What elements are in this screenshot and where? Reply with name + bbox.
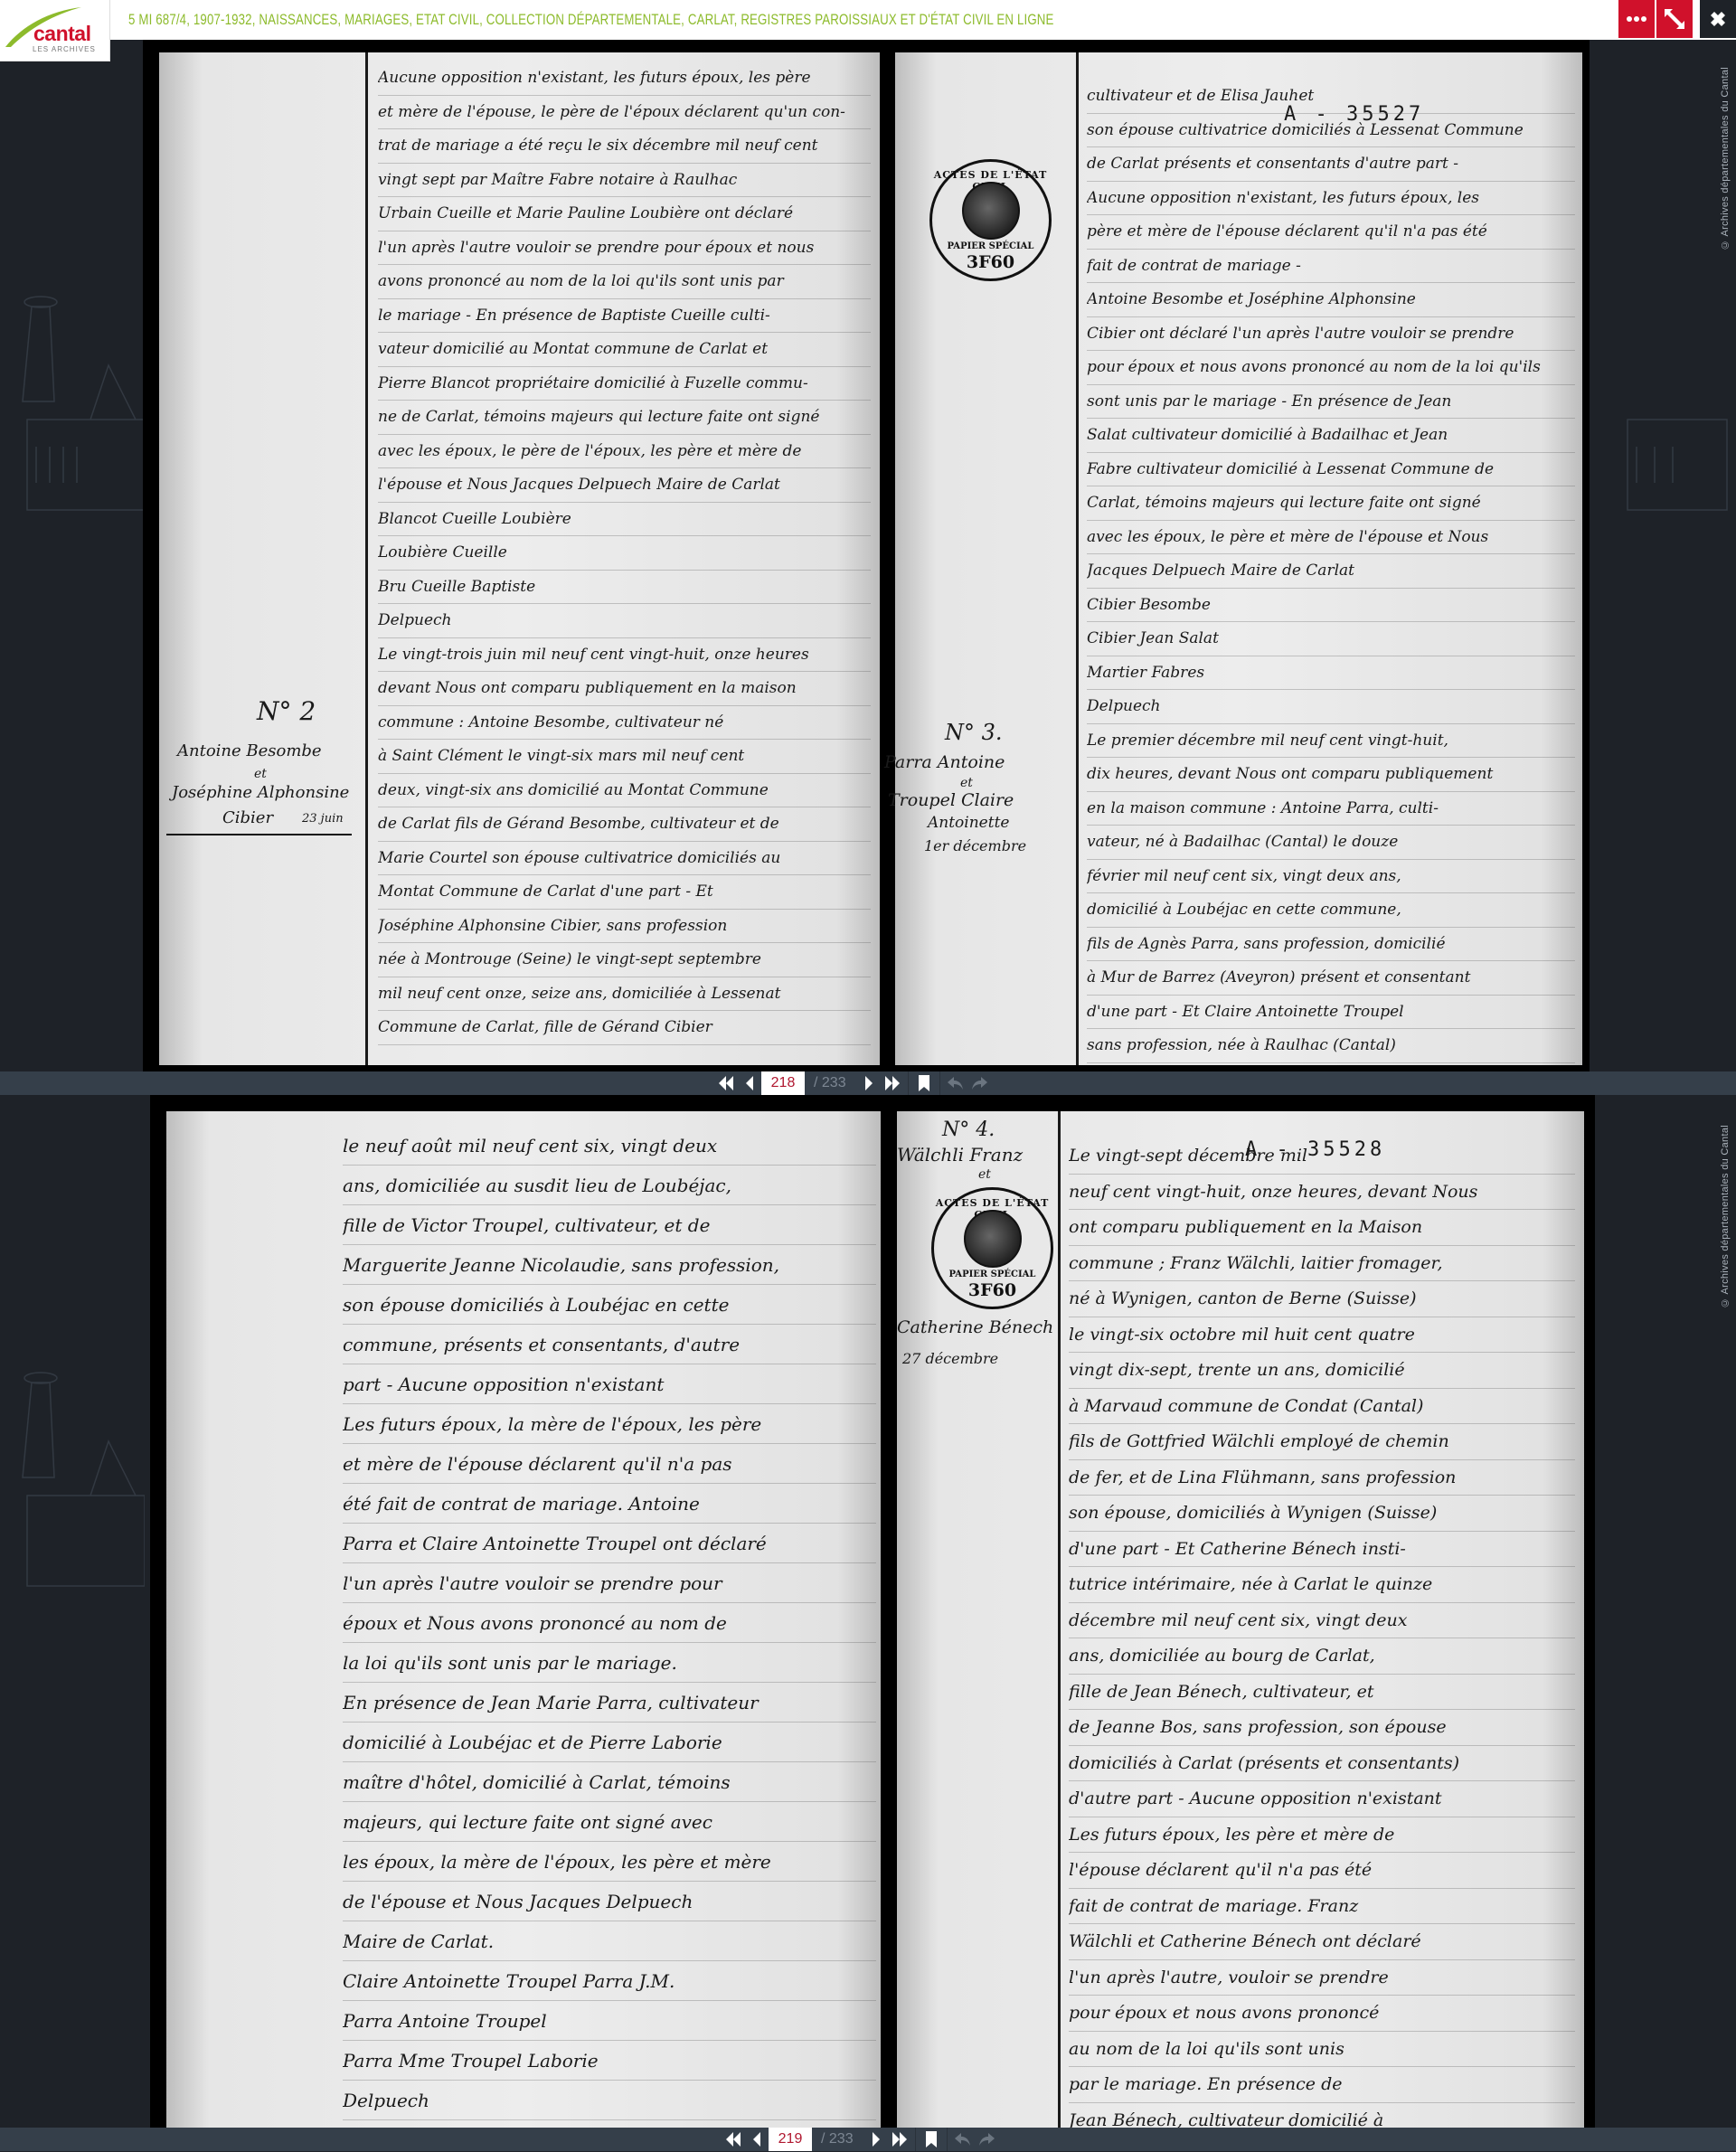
handwritten-line: sans profession, née à Raulhac (Cantal) [1087,1029,1575,1063]
handwritten-line: pour époux et nous avons prononcé [1069,1996,1575,2032]
handwritten-line: de Carlat fils de Gérand Besombe, cultiv… [378,807,871,842]
previous-page-icon [744,1076,755,1090]
handwritten-line: tutrice intérimaire, née à Carlat le qui… [1069,1567,1575,1603]
handwritten-line: fils de Agnès Parra, sans profession, do… [1087,928,1575,962]
scan-page-219[interactable]: le neuf août mil neuf cent six, vingt de… [150,1095,1595,2128]
redo-button[interactable] [967,1071,991,1095]
handwritten-line: domicilié à Loubéjac et de Pierre Labori… [343,1723,876,1762]
handwritten-line: Antoine Besombe et Joséphine Alphonsine [1087,283,1575,317]
previous-page-button[interactable] [745,2128,769,2151]
handwritten-line: Delpuech [343,2081,876,2120]
handwritten-line: vingt sept par Maître Fabre notaire à Ra… [378,164,871,198]
copyright-watermark: © Archives départementales du Cantal [1720,67,1731,250]
next-page-button[interactable] [864,2128,888,2151]
undo-button[interactable] [944,1071,967,1095]
handwritten-line: Blancot Cueille Loubière [378,503,871,537]
right-leaf: ACTES DE L'ÉTAT CIVIL PAPIER SPÉCIAL 3F6… [895,52,1582,1065]
handwritten-line: Martier Fabres [1087,656,1575,691]
page-total: / 233 [812,2131,864,2147]
handwritten-line: commune : Antoine Besombe, cultivateur n… [378,706,871,741]
handwritten-line: Cibier Besombe [1087,589,1575,623]
margin-entry-names: Parra Antoine [884,752,1005,772]
handwritten-line: Pierre Blancot propriétaire domicilié à … [378,367,871,401]
margin-entry-et: et [960,776,973,790]
margin-line [1076,52,1079,1065]
background-illustration-icon [0,266,145,537]
marianne-icon [962,182,1020,240]
handwritten-line: Cibier ont déclaré l'un après l'autre vo… [1087,317,1575,352]
handwritten-line: de l'épouse et Nous Jacques Delpuech [343,1882,876,1921]
redo-icon [977,2132,995,2147]
page-navigation: 219 / 233 [722,2128,998,2151]
previous-page-button[interactable] [738,1071,761,1095]
handwritten-line: décembre mil neuf cent six, vingt deux [1069,1603,1575,1639]
left-leaf: N° 2 Antoine Besombe et Joséphine Alphon… [159,52,880,1065]
handwritten-line: neuf cent vingt-huit, onze heures, devan… [1069,1175,1575,1211]
handwritten-line: l'un après l'autre vouloir se prendre po… [343,1563,876,1603]
handwritten-line: domicilié à Loubéjac en cette commune, [1087,893,1575,928]
handwritten-line: Parra et Claire Antoinette Troupel ont d… [343,1524,876,1563]
handwritten-line: d'une part - Et Catherine Bénech insti- [1069,1532,1575,1568]
handwritten-line: Wälchli et Catherine Bénech ont déclaré [1069,1924,1575,1960]
handwritten-line: Commune de Carlat, fille de Gérand Cibie… [378,1011,871,1045]
first-page-icon [717,1076,735,1090]
handwritten-line: le mariage - En présence de Baptiste Cue… [378,299,871,334]
handwritten-line: son épouse cultivatrice domiciliés à Les… [1087,114,1575,148]
handwritten-line: domiciliés à Carlat (présents et consent… [1069,1746,1575,1782]
handwritten-line: les époux, la mère de l'époux, les père … [343,1842,876,1882]
handwritten-line: majeurs, qui lecture faite ont signé ave… [343,1802,876,1842]
handwritten-line: ont comparu publiquement en la Maison [1069,1210,1575,1246]
handwritten-line: Marie Courtel son épouse cultivatrice do… [378,842,871,876]
handwritten-line: Delpuech [1087,690,1575,724]
bookmark-button[interactable] [920,2128,943,2151]
first-page-button[interactable] [722,2128,745,2151]
logo-brand: cantal [33,22,90,46]
handwritten-line: été fait de contrat de mariage. Antoine [343,1484,876,1524]
handwritten-line: Marguerite Jeanne Nicolaudie, sans profe… [343,1245,876,1285]
handwritten-line: avec les époux, le père de l'époux, les … [378,435,871,469]
handwritten-line: vateur, né à Badailhac (Cantal) le douze [1087,826,1575,860]
handwritten-line: fille de Victor Troupel, cultivateur, et… [343,1205,876,1245]
margin-entry-et: et [254,767,267,781]
handwritten-line: Le premier décembre mil neuf cent vingt-… [1087,724,1575,759]
margin-line [365,52,368,1065]
last-page-button[interactable] [888,2128,911,2151]
handwritten-line: Bru Cueille Baptiste [378,571,871,605]
handwritten-line: fait de contrat de mariage. Franz [1069,1889,1575,1925]
background-illustration-icon-2 [0,1342,145,1613]
handwritten-line: ans, domiciliée au bourg de Carlat, [1069,1638,1575,1675]
handwritten-line: à Mur de Barrez (Aveyron) présent et con… [1087,961,1575,996]
handwritten-line: cultivateur et de Elisa Jauhet [1087,80,1575,114]
handwritten-line: et mère de l'épouse, le père de l'époux … [378,96,871,130]
handwritten-line: devant Nous ont comparu publiquement en … [378,672,871,706]
handwritten-line: au nom de la loi qu'ils sont unis [1069,2032,1575,2068]
handwritten-line: En présence de Jean Marie Parra, cultiva… [343,1683,876,1723]
next-page-button[interactable] [857,1071,881,1095]
marianne-icon [964,1210,1022,1268]
background-illustration-icon-3 [1618,266,1736,537]
handwritten-line: Maire de Carlat. [343,1921,876,1961]
handwritten-line: avec les époux, le père et mère de l'épo… [1087,521,1575,555]
handwritten-line: Les futurs époux, la mère de l'époux, le… [343,1404,876,1444]
handwritten-line: trat de mariage a été reçu le six décemb… [378,129,871,164]
more-icon [1627,15,1646,23]
handwritten-line: Parra Antoine Troupel [343,2001,876,2041]
handwritten-line: Claire Antoinette Troupel Parra J.M. [343,1961,876,2001]
margin-entry-names2: Troupel Claire [888,790,1014,810]
handwritten-line: ne de Carlat, témoins majeurs qui lectur… [378,401,871,435]
margin-entry-names3: Antoinette [928,814,1009,832]
handwritten-line: le neuf août mil neuf cent six, vingt de… [343,1126,876,1166]
handwritten-line: vateur domicilié au Montat commune de Ca… [378,333,871,367]
more-options-button[interactable] [1618,0,1655,38]
handwritten-line: avons prononcé au nom de la loi qu'ils s… [378,265,871,299]
handwritten-line: Joséphine Alphonsine Cibier, sans profes… [378,910,871,944]
handwritten-line: son épouse, domiciliés à Wynigen (Suisse… [1069,1496,1575,1532]
record-text-right: Le vingt-sept décembre milneuf cent ving… [1069,1138,1575,2128]
close-icon [1707,8,1729,30]
first-page-button[interactable] [714,1071,738,1095]
redo-icon [970,1076,988,1090]
fullscreen-button[interactable] [1656,0,1693,38]
margin-entry-names: Antoine Besombe [177,741,322,760]
margin-entry-names2: Joséphine Alphonsine [172,783,349,802]
record-text-right: cultivateur et de Elisa Jauhetson épouse… [1087,80,1575,1063]
handwritten-line: Aucune opposition n'existant, les futurs… [378,61,871,96]
undo-icon [954,2132,972,2147]
bookmark-icon [926,2131,937,2147]
margin-entry-date: 27 décembre [902,1350,998,1367]
handwritten-line: fait de contrat de mariage - [1087,250,1575,284]
handwritten-line: Urbain Cueille et Marie Pauline Loubière… [378,197,871,231]
handwritten-line: Carlat, témoins majeurs qui lecture fait… [1087,486,1575,521]
handwritten-line: commune ; Franz Wälchli, laitier fromage… [1069,1246,1575,1282]
bookmark-button[interactable] [912,1071,936,1095]
cantal-archives-logo[interactable]: cantal LES ARCHIVES [0,0,110,61]
handwritten-line: Les futurs époux, les père et mère de [1069,1817,1575,1854]
handwritten-line: et mère de l'épouse déclarent qu'il n'a … [343,1444,876,1484]
handwritten-line: Loubière Cueille [378,536,871,571]
handwritten-line: dix heures, devant Nous ont comparu publ… [1087,758,1575,792]
copyright-watermark-2: © Archives départementales du Cantal [1720,1125,1731,1308]
left-leaf: le neuf août mil neuf cent six, vingt de… [166,1111,881,2128]
page-navigation: 218 / 233 [714,1071,991,1095]
handwritten-line: pour époux et nous avons prononcé au nom… [1087,351,1575,385]
handwritten-line: sont unis par le mariage - En présence d… [1087,385,1575,420]
last-page-button[interactable] [881,1071,904,1095]
margin-line [1058,1111,1061,2128]
first-page-icon [724,2132,742,2147]
handwritten-line: Le vingt-trois juin mil neuf cent vingt-… [378,638,871,673]
margin-entry-number: N° 2 [257,696,316,726]
logo-subtitle: LES ARCHIVES [33,45,96,53]
expand-icon [1662,6,1687,32]
handwritten-line: à Saint Clément le vingt-six mars mil ne… [378,740,871,774]
handwritten-line: fils de Gottfried Wälchli employé de che… [1069,1424,1575,1460]
margin-entry-date: 1er décembre [924,837,1026,854]
handwritten-line: Fabre cultivateur domicilié à Lessenat C… [1087,453,1575,487]
next-page-icon [871,2132,882,2147]
handwritten-line: de fer, et de Lina Flühmann, sans profes… [1069,1460,1575,1496]
handwritten-line: Delpuech [378,604,871,638]
handwritten-line: l'épouse et Nous Jacques Delpuech Maire … [378,468,871,503]
civil-records-stamp: ACTES DE L'ÉTAT CIVIL PAPIER SPÉCIAL 3F6… [931,1187,1053,1309]
margin-entry-names: Wälchli Franz [897,1144,1023,1166]
next-page-icon [863,1076,874,1090]
handwritten-line: Montat Commune de Carlat d'une part - Et [378,875,871,910]
handwritten-line: part - Aucune opposition n'existant [343,1364,876,1404]
handwritten-line: en la maison commune : Antoine Parra, cu… [1087,792,1575,826]
redo-button[interactable] [975,2128,998,2151]
handwritten-line: Cibier Jean Salat [1087,622,1575,656]
handwritten-line: son épouse domiciliés à Loubéjac en cett… [343,1285,876,1325]
handwritten-line: vingt dix-sept, trente un ans, domicilié [1069,1353,1575,1389]
handwritten-line: l'un après l'autre vouloir se prendre po… [378,231,871,266]
handwritten-line: maître d'hôtel, domicilié à Carlat, témo… [343,1762,876,1802]
undo-button[interactable] [951,2128,975,2151]
handwritten-line: Parra Mme Troupel Laborie [343,2041,876,2081]
handwritten-line: d'autre part - Aucune opposition n'exist… [1069,1781,1575,1817]
handwritten-line: d'une part - Et Claire Antoinette Troupe… [1087,996,1575,1030]
margin-entry-number: N° 4. [942,1118,995,1141]
page-number-input[interactable]: 219 [769,2128,812,2151]
margin-entry-number: N° 3. [945,720,1003,745]
top-bar: 5 MI 687/4, 1907-1932, NAISSANCES, MARIA… [0,0,1736,40]
page-navigation-bar-2: 219 / 233 [0,2128,1736,2151]
page-total: / 233 [805,1075,857,1091]
margin-entry-names3: Cibier [222,808,273,827]
last-page-icon [891,2132,909,2147]
civil-records-stamp: ACTES DE L'ÉTAT CIVIL PAPIER SPÉCIAL 3F6… [929,159,1052,281]
margin-entry-date: 23 juin [302,812,344,826]
handwritten-line: l'épouse déclarent qu'il n'a pas été [1069,1853,1575,1889]
handwritten-line: février mil neuf cent six, vingt deux an… [1087,860,1575,894]
handwritten-line: deux, vingt-six ans domicilié au Montat … [378,774,871,808]
handwritten-line: le vingt-six octobre mil huit cent quatr… [1069,1317,1575,1354]
page-number-input[interactable]: 218 [761,1071,805,1095]
handwritten-line: l'un après l'autre, vouloir se prendre [1069,1960,1575,1996]
handwritten-line: Aucune opposition n'existant, les futurs… [1087,182,1575,216]
handwritten-line: de Carlat présents et consentants d'autr… [1087,147,1575,182]
bookmark-icon [919,1075,929,1091]
handwritten-line: né à Wynigen, canton de Berne (Suisse) [1069,1281,1575,1317]
handwritten-line: époux et Nous avons prononcé au nom de [343,1603,876,1643]
last-page-icon [883,1076,901,1090]
handwritten-line: à Marvaud commune de Condat (Cantal) [1069,1389,1575,1425]
handwritten-line: de Jeanne Bos, sans profession, son épou… [1069,1710,1575,1746]
handwritten-line: fille de Jean Bénech, cultivateur, et [1069,1675,1575,1711]
right-leaf: N° 4. Wälchli Franz et ACTES DE L'ÉTAT C… [897,1111,1584,2128]
previous-page-icon [751,2132,762,2147]
scan-page-218[interactable]: N° 2 Antoine Besombe et Joséphine Alphon… [143,40,1590,1071]
close-viewer-button[interactable] [1700,0,1736,38]
handwritten-line: par le mariage. En présence de [1069,2067,1575,2103]
handwritten-line: Jean Bénech, cultivateur domicilié à [1069,2103,1575,2128]
handwritten-line: mil neuf cent onze, seize ans, domicilié… [378,977,871,1012]
document-title: 5 MI 687/4, 1907-1932, NAISSANCES, MARIA… [128,11,1054,29]
handwritten-line: née à Montrouge (Seine) le vingt-sept se… [378,943,871,977]
handwritten-line: Jacques Delpuech Maire de Carlat [1087,554,1575,589]
handwritten-line: père et mère de l'épouse déclarent qu'il… [1087,215,1575,250]
handwritten-line: commune, présents et consentants, d'autr… [343,1325,876,1364]
handwritten-line: Salat cultivateur domicilié à Badailhac … [1087,419,1575,453]
undo-icon [947,1076,965,1090]
record-text-left: le neuf août mil neuf cent six, vingt de… [343,1126,876,2120]
margin-entry-et: et [978,1167,991,1182]
handwritten-line: la loi qu'ils sont unis par le mariage. [343,1643,876,1683]
page-navigation-bar: 218 / 233 [0,1071,1736,1095]
record-text-left: Aucune opposition n'existant, les futurs… [378,61,871,1045]
margin-entry-names2: Catherine Bénech [897,1317,1053,1337]
handwritten-line: ans, domiciliée au susdit lieu de Loubéj… [343,1166,876,1205]
document-viewer: © Archives départementales du Cantal © A… [0,40,1736,2152]
handwritten-line: Le vingt-sept décembre mil [1069,1138,1575,1175]
